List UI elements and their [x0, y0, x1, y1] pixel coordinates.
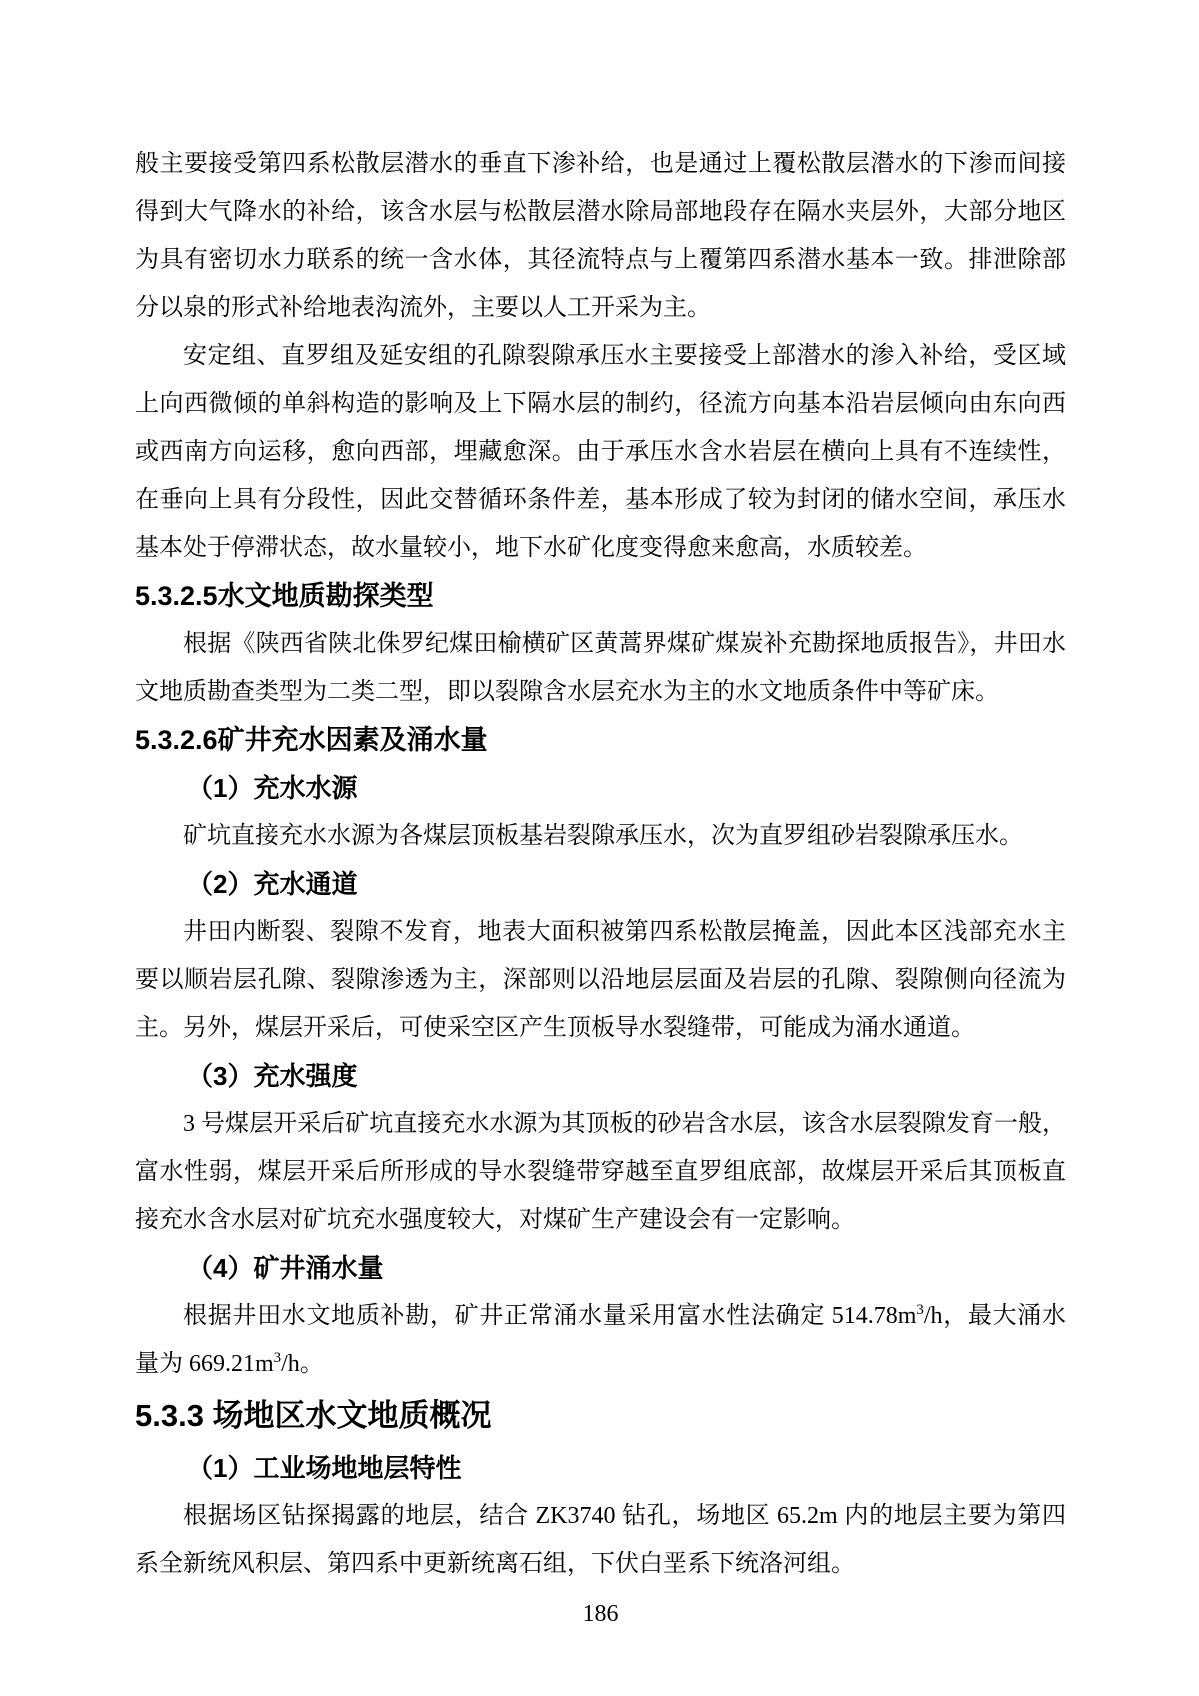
- heading-5-3-2-5: 5.3.2.5水文地质勘探类型: [135, 572, 1066, 620]
- subheading-site-strata: （1）工业场地地层特性: [135, 1444, 1066, 1492]
- para-site-strata: 根据场区钻探揭露的地层，结合 ZK3740 钻孔，场地区 65.2m 内的地层主…: [135, 1492, 1066, 1588]
- page-number: 186: [135, 1598, 1066, 1630]
- subheading-water-intensity: （3）充水强度: [135, 1052, 1066, 1100]
- inflow-text-post: /h。: [281, 1351, 324, 1377]
- para-confined-water: 安定组、直罗组及延安组的孔隙裂隙承压水主要接受上部潜水的渗入补给，受区域上向西微…: [135, 332, 1066, 572]
- inflow-text-pre: 根据井田水文地质补勘，矿井正常涌水量采用富水性法确定 514.78m: [183, 1303, 916, 1329]
- page-content: 般主要接受第四系松散层潜水的垂直下渗补给，也是通过上覆松散层潜水的下渗而间接得到…: [135, 140, 1066, 1630]
- para-water-channel: 井田内断裂、裂隙不发育，地表大面积被第四系松散层掩盖，因此本区浅部充水主要以顺岩…: [135, 908, 1066, 1052]
- subheading-water-source: （1）充水水源: [135, 764, 1066, 812]
- heading-5-3-3: 5.3.3 场地区水文地质概况: [135, 1388, 1066, 1444]
- para-water-source: 矿坑直接充水水源为各煤层顶板基岩裂隙承压水，次为直罗组砂岩裂隙承压水。: [135, 812, 1066, 860]
- subheading-mine-water-inflow: （4）矿井涌水量: [135, 1244, 1066, 1292]
- para-aquifer-recharge: 般主要接受第四系松散层潜水的垂直下渗补给，也是通过上覆松散层潜水的下渗而间接得到…: [135, 140, 1066, 332]
- para-mine-water-inflow: 根据井田水文地质补勘，矿井正常涌水量采用富水性法确定 514.78m3/h，最大…: [135, 1292, 1066, 1388]
- cubic-meter-superscript: 3: [916, 1302, 923, 1318]
- para-exploration-type: 根据《陕西省陕北侏罗纪煤田榆横矿区黄蒿界煤矿煤炭补充勘探地质报告》，井田水文地质…: [135, 620, 1066, 716]
- document-page: 般主要接受第四系松散层潜水的垂直下渗补给，也是通过上覆松散层潜水的下渗而间接得到…: [0, 0, 1199, 1696]
- heading-5-3-2-6: 5.3.2.6矿井充水因素及涌水量: [135, 716, 1066, 764]
- cubic-meter-superscript: 3: [274, 1350, 281, 1366]
- subheading-water-channel: （2）充水通道: [135, 860, 1066, 908]
- para-water-intensity: 3 号煤层开采后矿坑直接充水水源为其顶板的砂岩含水层，该含水层裂隙发育一般，富水…: [135, 1100, 1066, 1244]
